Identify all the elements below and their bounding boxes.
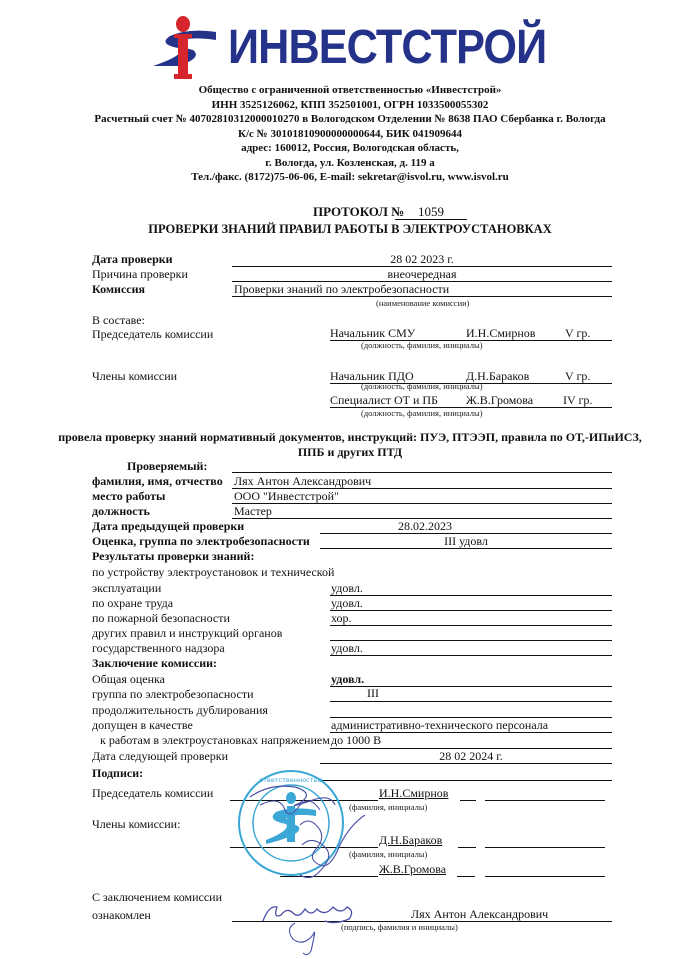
company-logo [148,14,218,82]
conclusion-heading: Заключение комиссии: [92,656,217,670]
acquainted-name: Лях Антон Александрович [411,907,548,921]
fio-label: фамилия, имя, отчество [92,474,223,488]
sig-chair-label: Председатель комиссии [92,786,213,800]
result-label: государственного надзора [92,641,225,655]
member-position: Специалист ОТ и ПБ [330,393,438,407]
position-hint: (должность, фамилия, инициалы) [361,408,483,418]
admitted-value: административно-технического персонала [331,718,548,732]
check-reason: внеочередная [232,267,612,281]
commission-hint: (наименование комиссии) [376,298,470,308]
admitted-label: допущен в качестве [92,718,193,732]
company-line: г. Вологда, ул. Козленская, д. 119 а [0,156,700,170]
result-label: по охране труда [92,596,173,610]
result-label: других правил и инструкций органов [92,626,282,640]
sig-member2-name: Ж.В.Громова [379,862,446,876]
position-label: должность [92,504,150,518]
next-date-label: Дата следующей проверки [92,749,228,763]
protocol-subtitle: ПРОВЕРКИ ЗНАНИЙ ПРАВИЛ РАБОТЫ В ЭЛЕКТРОУ… [0,221,700,237]
statement-line: провела проверку знаний нормативный доку… [0,430,700,445]
composition-label: В составе: [92,313,145,327]
workplace-label: место работы [92,489,165,503]
sig-members-label: Члены комиссии: [92,817,180,831]
member-group: V гр. [565,369,590,383]
acquainted-label: ознакомлен [92,908,151,922]
chair-group: V гр. [565,326,590,340]
result-value: удовл. [331,596,363,610]
duplication-label: продолжительность дублирования [92,703,268,717]
chair-name: И.Н.Смирнов [466,326,535,340]
position-hint: (должность, фамилия, инициалы) [361,381,483,391]
sig-chair-name: И.Н.Смирнов [379,786,448,800]
chair-signature [240,775,380,885]
prev-date-label: Дата предыдущей проверки [92,519,244,533]
signature-icon [255,895,375,959]
brand-name: ИНВЕСТСТРОЙ [228,24,546,72]
signatures-heading: Подписи: [92,766,143,780]
company-line: Общество с ограниченной ответственностью… [0,83,700,97]
date-label: Дата проверки [92,252,173,266]
chair-position: Начальник СМУ [330,326,415,340]
company-line: Расчетный счет № 40702810312000010270 в … [0,112,700,126]
result-value: удовл. [331,641,363,655]
statement-line: ППБ и других ПТД [0,445,700,460]
check-date: 28 02 2023 г. [232,252,612,266]
member-group: IV гр. [563,393,592,407]
examinee-signature [255,895,375,959]
overall-value: удовл. [331,672,364,686]
grade-label: Оценка, группа по электробезопасности [92,534,310,548]
group-label: группа по электробезопасности [92,687,254,701]
examinee-heading: Проверяемый: [127,459,207,473]
overall-label: Общая оценка [92,672,165,686]
company-line: адрес: 160012, Россия, Вологодская облас… [0,141,700,155]
reason-label: Причина проверки [92,267,188,281]
company-line: Тел./факс. (8172)75-06-06, E-mail: sekre… [0,170,700,184]
position-value: Мастер [234,504,272,518]
result-label: эксплуатации [92,581,161,595]
voltage-label: к работам в электроустановках напряжение… [100,733,330,747]
sig-member1-name: Д.Н.Бараков [379,833,442,847]
results-heading: Результаты проверки знаний: [92,549,254,563]
acquainted-label: С заключением комиссии [92,890,222,904]
grade-value: III удовл [320,534,612,548]
result-label: по устройству электроустановок и техниче… [92,565,334,579]
chair-label: Председатель комиссии [92,327,213,341]
protocol-number: 1059 [395,204,467,220]
commission-label: Комиссия [92,282,145,296]
voltage-value: до 1000 В [331,733,381,747]
member-name: Ж.В.Громова [466,393,533,407]
prev-date-value: 28.02.2023 [320,519,530,533]
fio-value: Лях Антон Александрович [234,474,371,488]
company-line: ИНН 3525126062, КПП 352501001, ОГРН 1033… [0,98,700,112]
protocol-label: ПРОТОКОЛ № [313,204,404,220]
members-label: Члены комиссии [92,369,177,383]
is-logo-icon [148,14,218,82]
position-hint: (должность, фамилия, инициалы) [361,340,483,350]
signature-icon [240,775,380,885]
workplace-value: ООО "Инвестстрой" [234,489,339,503]
result-value: хор. [331,611,352,625]
result-label: по пожарной безопасности [92,611,230,625]
commission-name: Проверки знаний по электробезопасности [234,282,449,296]
group-value: III [367,686,379,700]
company-line: К/с № 30101810900000000644, БИК 04190964… [0,127,700,141]
result-value: удовл. [331,581,363,595]
next-date-value: 28 02 2024 г. [330,749,612,763]
